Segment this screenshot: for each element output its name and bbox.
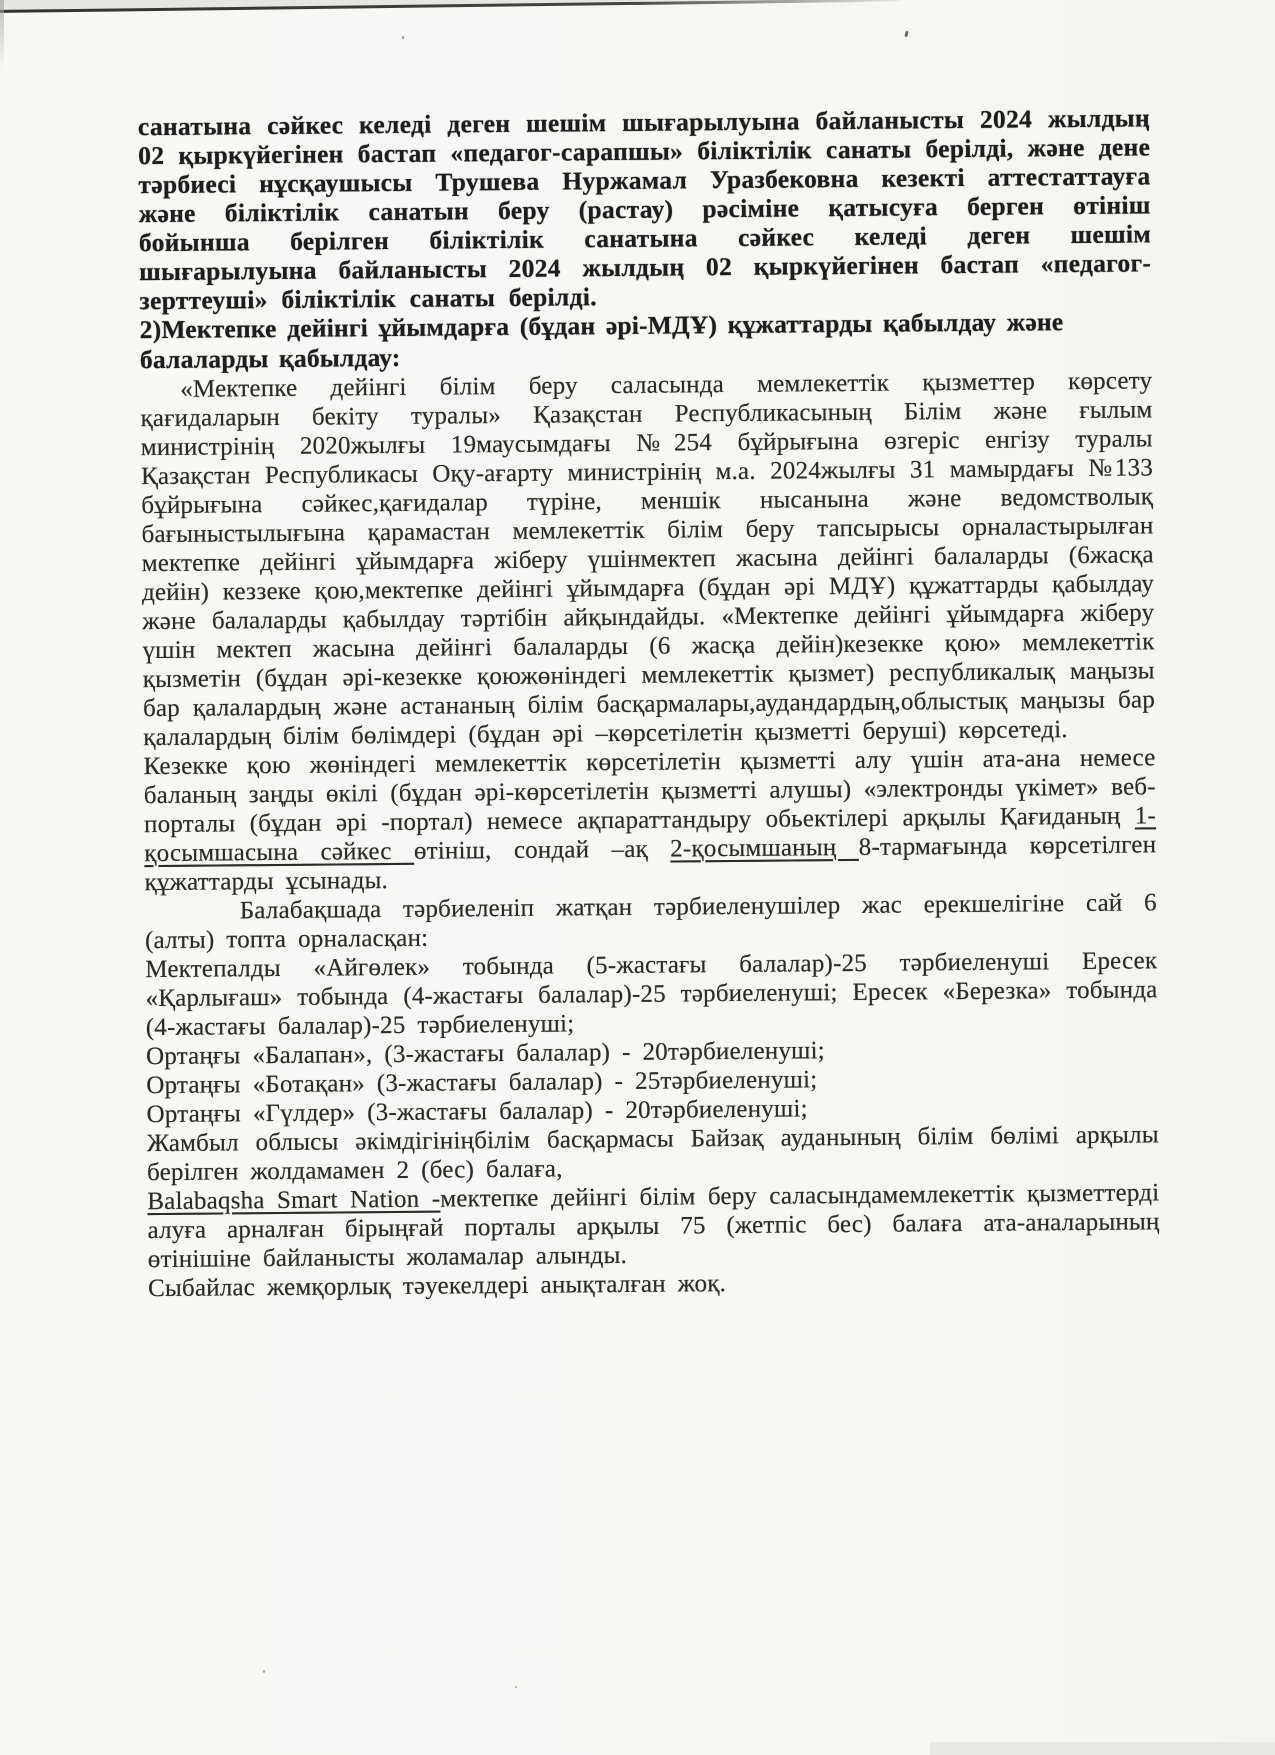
scan-speck — [904, 31, 908, 38]
document-body: санатына сәйкес келеді деген шешім шығар… — [138, 103, 1160, 1303]
text-segment: Ортаңғы «Гүлдер» (3-жастағы балалар) - 2… — [146, 1095, 807, 1128]
heading-section-2: 2)Мектепке дейінгі ұйымдарға (бұдан әрі-… — [140, 306, 1152, 375]
text-segment: «Мектепке дейінгі білім беру саласында м… — [140, 367, 1155, 751]
para-groups-intro: Балабақшада тәрбиеленіп жатқан тәрбиелен… — [145, 888, 1157, 955]
text-segment: санатына сәйкес келеді деген шешім шығар… — [138, 103, 1151, 315]
scan-left-edge-shade — [0, 0, 4, 70]
para-rules-order: «Мектепке дейінгі білім беру саласында м… — [140, 366, 1155, 752]
para-attestation-decision: санатына сәйкес келеді деген шешім шығар… — [138, 103, 1152, 315]
para-group-preschool: Мектепалды «Айгөлек» тобында (5-жастағы … — [145, 946, 1158, 1042]
text-segment: 2)Мектепке дейінгі ұйымдарға (бұдан әрі-… — [140, 307, 1064, 374]
text-segment: Балабақшада тәрбиеленіп жатқан тәрбиелен… — [145, 889, 1157, 954]
text-segment: өтініш, сондай –ақ — [414, 836, 671, 865]
para-queue-application: Кезекке қою жөніндегі мемлекеттік көрсет… — [143, 743, 1156, 897]
text-segment: Жамбыл облысы әкімдігініңбілім басқармас… — [147, 1121, 1159, 1186]
scan-speck — [263, 1670, 265, 1673]
scan-speck — [515, 1686, 517, 1688]
document-page: санатына сәйкес келеді деген шешім шығар… — [0, 0, 1275, 1755]
scan-speck — [402, 36, 404, 39]
text-segment: Кезекке қою жөніндегі мемлекеттік көрсет… — [143, 744, 1155, 838]
para-referral-zhambyl: Жамбыл облысы әкімдігініңбілім басқармас… — [147, 1120, 1159, 1187]
scan-bottom-edge-shade — [930, 1742, 1275, 1755]
text-segment: Мектепалды «Айгөлек» тобында (5-жастағы … — [145, 947, 1157, 1041]
underlined-text: Balabaqsha Smart Nation - — [147, 1186, 440, 1216]
para-balabaqsha-portal: Balabaqsha Smart Nation -мектепке дейінг… — [147, 1178, 1160, 1274]
underlined-text: 2-қосымшаның — [670, 834, 859, 863]
text-segment: Сыбайлас жемқорлық тәуекелдері анықталға… — [148, 1270, 726, 1302]
